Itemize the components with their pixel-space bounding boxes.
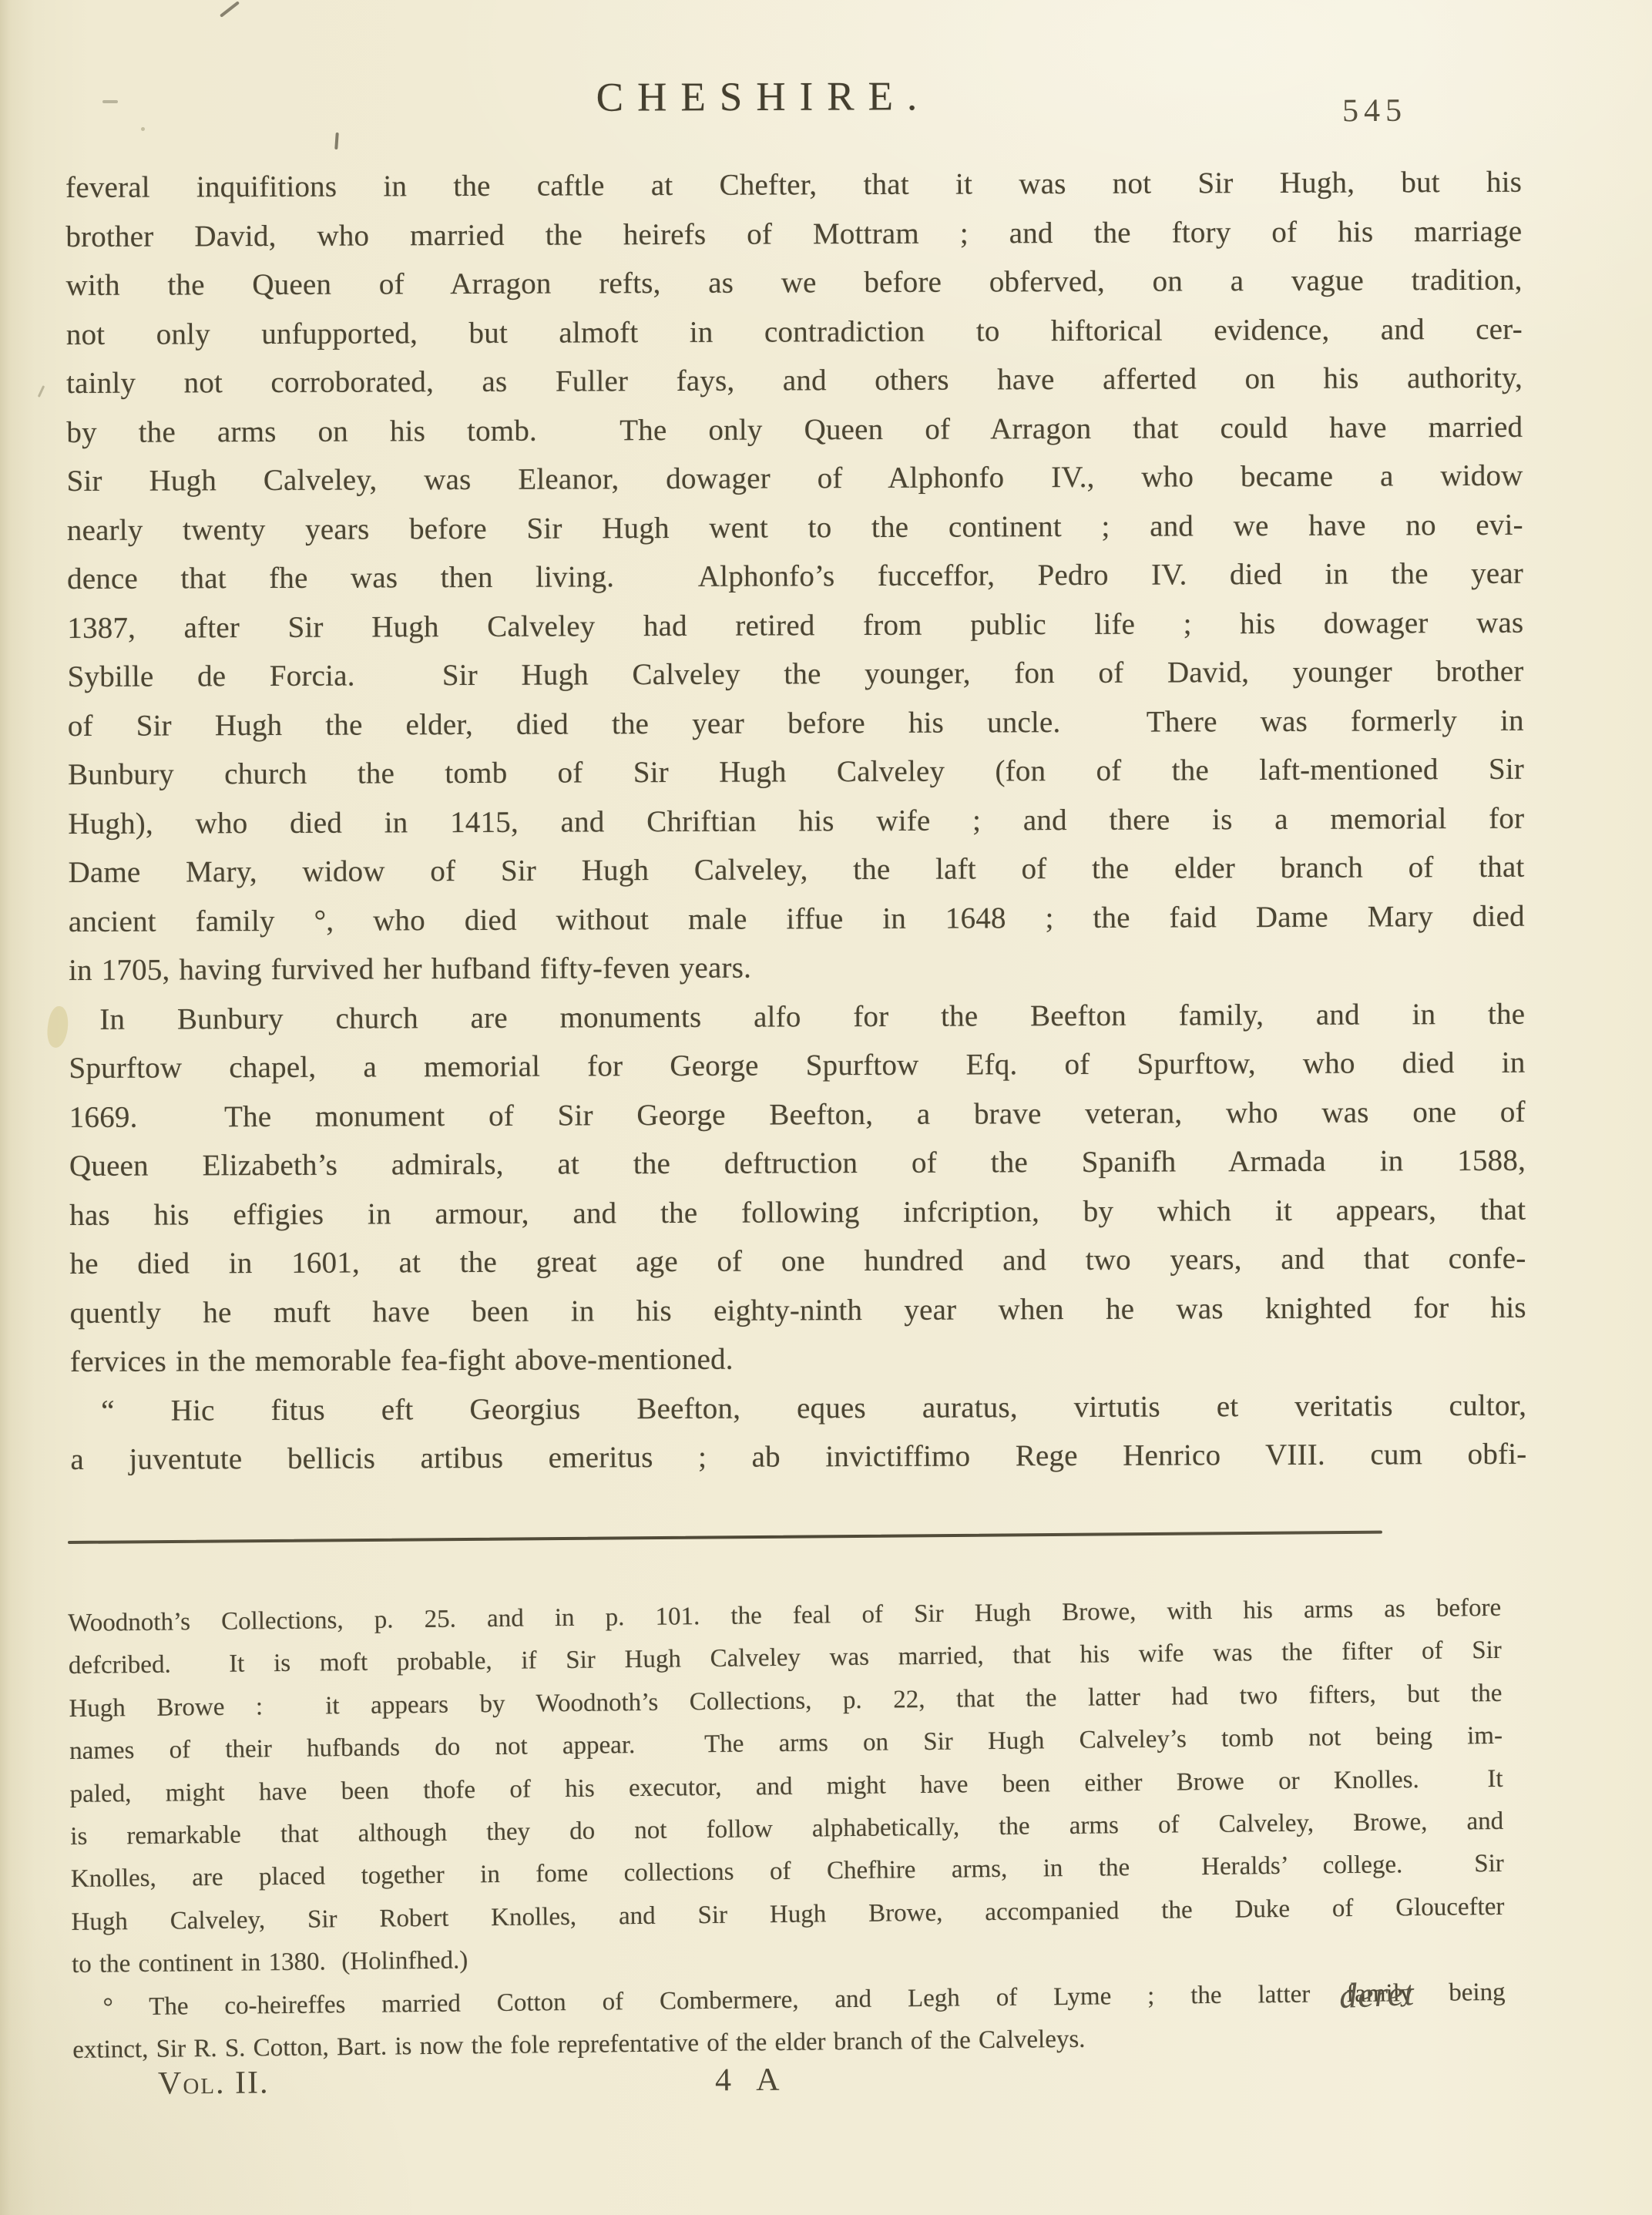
text-line: Queen Elizabeth’s admirals, at the deftr… <box>69 1136 1526 1191</box>
page-number: 545 <box>1342 92 1407 130</box>
footnote-divider-rule <box>68 1531 1382 1544</box>
text-line: not only unfupported, but almoft in cont… <box>66 304 1523 359</box>
text-line: quently he muft have been in his eighty-… <box>70 1283 1526 1337</box>
text-line: dence that fhe was then living. Alphonfo… <box>67 549 1523 604</box>
volume-label: Vol. II. <box>158 2064 270 2102</box>
margin-dash-mark <box>102 100 118 103</box>
text-line: in 1705, having furvived her hufband fif… <box>69 941 1525 995</box>
text-line: “ Hic fitus eft Georgius Beefton, eques … <box>70 1381 1526 1435</box>
text-line: a juventute bellicis artibus emeritus ; … <box>70 1430 1526 1485</box>
text-line: Sybille de Forcia. Sir Hugh Calveley the… <box>67 647 1523 702</box>
text-line: Bunbury church the tomb of Sir Hugh Calv… <box>68 745 1524 800</box>
body-text-block: feveral inquifitions in the caftle at Ch… <box>65 158 1527 1485</box>
text-line: of Sir Hugh the elder, died the year bef… <box>68 696 1524 750</box>
text-line: Hugh), who died in 1415, and Chriftian h… <box>68 794 1524 848</box>
running-title: CHESHIRE. <box>29 72 1485 123</box>
text-line: Dame Mary, widow of Sir Hugh Calveley, t… <box>68 843 1524 898</box>
text-line: ancient family °, who died without male … <box>69 891 1525 946</box>
text-line: nearly twenty years before Sir Hugh went… <box>67 500 1523 555</box>
ink-tick <box>334 133 339 149</box>
text-line: Spurftow chapel, a memorial for George S… <box>69 1039 1525 1093</box>
text-line: 1387, after Sir Hugh Calveley had retire… <box>67 598 1523 653</box>
text-line: fervices in the memorable fea-fight abov… <box>70 1332 1526 1387</box>
ink-speck <box>141 127 145 131</box>
text-line: In Bunbury church are monuments alfo for… <box>69 989 1525 1044</box>
text-line: has his effigies in armour, and the foll… <box>69 1185 1526 1240</box>
text-line: Sir Hugh Calveley, was Eleanor, dowager … <box>66 451 1523 506</box>
paper-blot <box>45 1005 70 1049</box>
text-line: with the Queen of Arragon refts, as we b… <box>65 256 1522 310</box>
margin-tick-mark <box>38 385 45 398</box>
text-line: tainly not corroborated, as Fuller fays,… <box>66 354 1523 408</box>
book-page-scan: CHESHIRE. 545 feveral inquifitions in th… <box>0 0 1652 2215</box>
text-line: feveral inquifitions in the caftle at Ch… <box>65 158 1522 213</box>
text-line: 1669. The monument of Sir George Beefton… <box>69 1087 1526 1142</box>
text-line: by the arms on his tomb. The only Queen … <box>66 402 1523 457</box>
text-line: brother David, who married the heirefs o… <box>65 206 1522 261</box>
signature-mark: 4 A <box>715 2062 789 2099</box>
handwritten-annotation: deret <box>1338 1972 1415 2016</box>
text-line: he died in 1601, at the great age of one… <box>69 1234 1526 1289</box>
pen-mark <box>220 1 240 18</box>
footnote-block: Woodnoth’s Collections, p. 25. and in p.… <box>68 1587 1506 2072</box>
